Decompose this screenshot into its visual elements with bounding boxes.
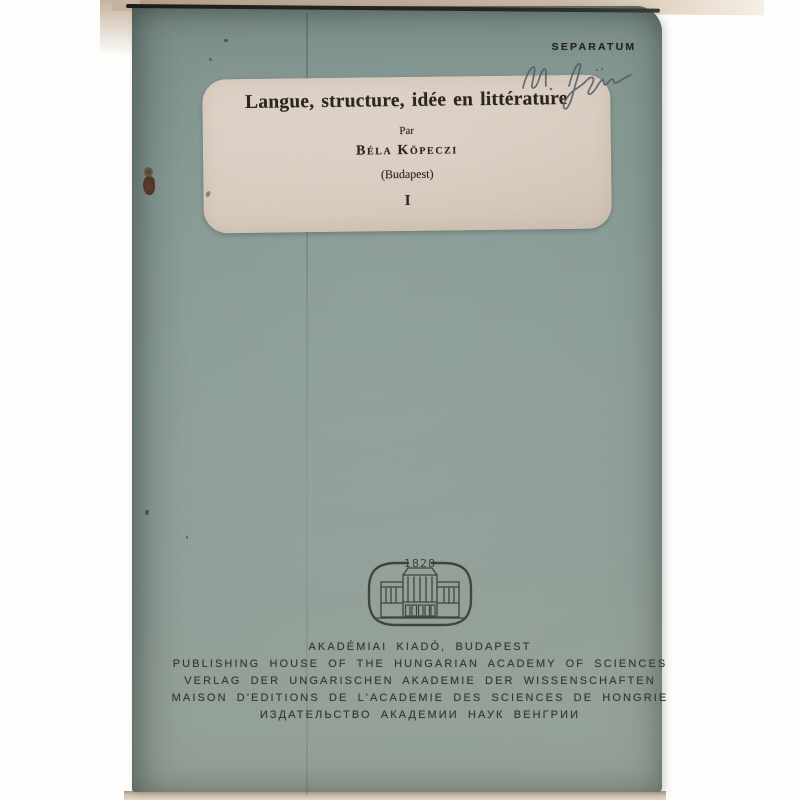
- byline: Par: [203, 123, 611, 140]
- speck-mark: [209, 58, 212, 61]
- speck-mark: [186, 536, 188, 539]
- imprint-line-french: MAISON D'EDITIONS DE L'ACADEMIE DES SCIE…: [140, 690, 700, 707]
- handwritten-inscription: [505, 52, 655, 116]
- place-name: (Budapest): [203, 165, 611, 185]
- emblem-year: 1828: [404, 557, 436, 570]
- stain-spot: [143, 176, 155, 195]
- author-name: Béla Köpeczi: [203, 141, 611, 162]
- page-edges-bottom: [124, 791, 666, 800]
- publisher-imprint: AKADÉMIAI KIADÓ, BUDAPEST PUBLISHING HOU…: [140, 639, 700, 724]
- imprint-line-russian: ИЗДАТЕЛЬСТВО АКАДЕМИИ НАУК ВЕНГРИИ: [140, 707, 700, 724]
- part-numeral: I: [203, 191, 611, 213]
- imprint-line-hungarian: AKADÉMIAI KIADÓ, BUDAPEST: [140, 639, 700, 656]
- academy-emblem-icon: 1828: [361, 547, 479, 631]
- book-cover-photo: SEPARATUM Langue, structure, idée en lit…: [0, 0, 800, 800]
- imprint-line-english: PUBLISHING HOUSE OF THE HUNGARIAN ACADEM…: [140, 656, 700, 673]
- speck-mark: [224, 39, 228, 42]
- imprint-line-german: VERLAG DER UNGARISCHEN AKADEMIE DER WISS…: [140, 673, 700, 690]
